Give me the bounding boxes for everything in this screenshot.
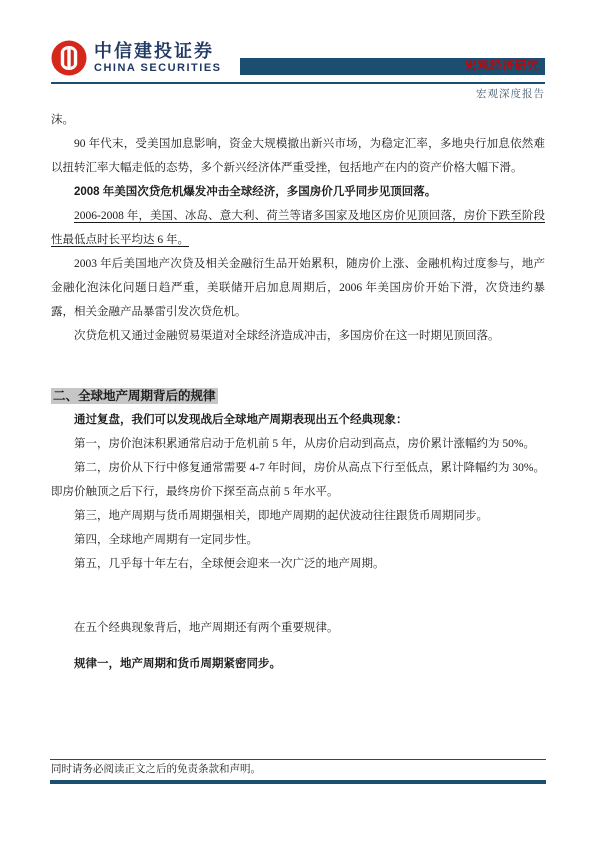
report-body: 沫。 90 年代末，受美国加息影响，资金大规模撤出新兴市场，为稳定汇率，多地央行…	[51, 108, 545, 676]
paragraph-bold: 通过复盘，我们可以发现战后全球地产周期表现出五个经典现象：	[51, 408, 545, 432]
report-page: 中信建投证券 CHINA SECURITIES 宏观经济研究 宏观深度报告 沫。…	[0, 0, 595, 842]
paragraph-bold: 2008 年美国次贷危机爆发冲击全球经济，多国房价几乎同步见顶回落。	[51, 180, 545, 204]
paragraph-continuation: 沫。	[51, 108, 545, 132]
company-logo: 中信建投证券 CHINA SECURITIES	[51, 40, 222, 76]
section-title: 二、全球地产周期背后的规律	[51, 384, 545, 408]
section-title-highlight: 二、全球地产周期背后的规律	[51, 388, 218, 404]
footer-disclaimer: 同时请务必阅读正文之后的免责条款和声明。	[50, 760, 546, 780]
page-header: 中信建投证券 CHINA SECURITIES 宏观经济研究	[51, 40, 545, 84]
paragraph: 2003 年后美国地产次贷及相关金融衍生品开始累积，随房价上涨、金融机构过度参与…	[51, 252, 545, 324]
paragraph-list-item: 第三，地产周期与货币周期强相关，即地产周期的起伏波动往往跟货币周期同步。	[51, 504, 545, 528]
citic-logo-icon	[51, 40, 87, 76]
report-type-label: 宏观深度报告	[476, 86, 545, 101]
paragraph: 在五个经典现象背后，地产周期还有两个重要规律。	[51, 616, 545, 640]
brand-name-en: CHINA SECURITIES	[94, 63, 222, 74]
paragraph-list-item: 第五，几乎每十年左右，全球便会迎来一次广泛的地产周期。	[51, 552, 545, 576]
paragraph: 次贷危机又通过金融贸易渠道对全球经济造成冲击，多国房价在这一时期见顶回落。	[51, 324, 545, 348]
footer-divider-thick	[50, 780, 546, 784]
paragraph: 90 年代末，受美国加息影响，资金大规模撤出新兴市场，为稳定汇率，多地央行加息依…	[51, 132, 545, 180]
paragraph-list-item: 第一，房价泡沫积累通常启动于危机前 5 年，从房价启动到高点，房价累计涨幅约为 …	[51, 432, 545, 456]
paragraph-list-item: 第二，房价从下行中修复通常需要 4-7 年时间，房价从高点下行至低点，累计降幅约…	[51, 456, 545, 504]
paragraph-bold: 规律一，地产周期和货币周期紧密同步。	[51, 652, 545, 676]
section-banner: 宏观经济研究	[240, 58, 546, 75]
page-footer: 同时请务必阅读正文之后的免责条款和声明。	[50, 759, 546, 784]
paragraph-list-item: 第四，全球地产周期有一定同步性。	[51, 528, 545, 552]
paragraph-underlined: 2006-2008 年，美国、冰岛、意大利、荷兰等诸多国家及地区房价见顶回落，房…	[51, 204, 545, 252]
brand-name-cn: 中信建投证券	[94, 42, 222, 60]
